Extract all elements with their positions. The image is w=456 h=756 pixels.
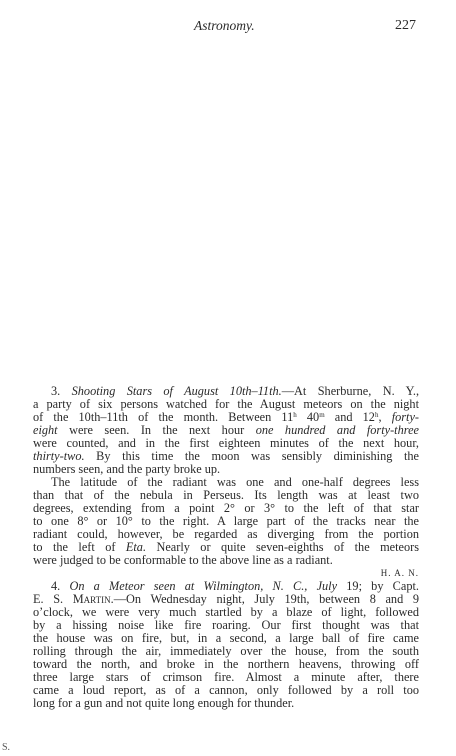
page-header: Astronomy. 227 xyxy=(0,18,456,38)
page-number: 227 xyxy=(395,18,416,34)
section-title: Shooting Stars of August 10th–11th. xyxy=(72,384,282,398)
running-title: Astronomy. xyxy=(194,18,255,34)
text-line: long for a gun and not quite long enough… xyxy=(33,697,419,710)
text-line: were judged to be conformable to the abo… xyxy=(33,554,419,567)
section-number: 4. xyxy=(51,579,60,593)
author-name: Martin. xyxy=(73,592,114,606)
section-number: 3. xyxy=(51,384,60,398)
page-body: 3. Shooting Stars of August 10th–11th.—A… xyxy=(33,385,419,710)
margin-mark: S. xyxy=(2,742,10,753)
section-title: On a Meteor seen at Wilmington, N. C., J… xyxy=(69,579,337,593)
